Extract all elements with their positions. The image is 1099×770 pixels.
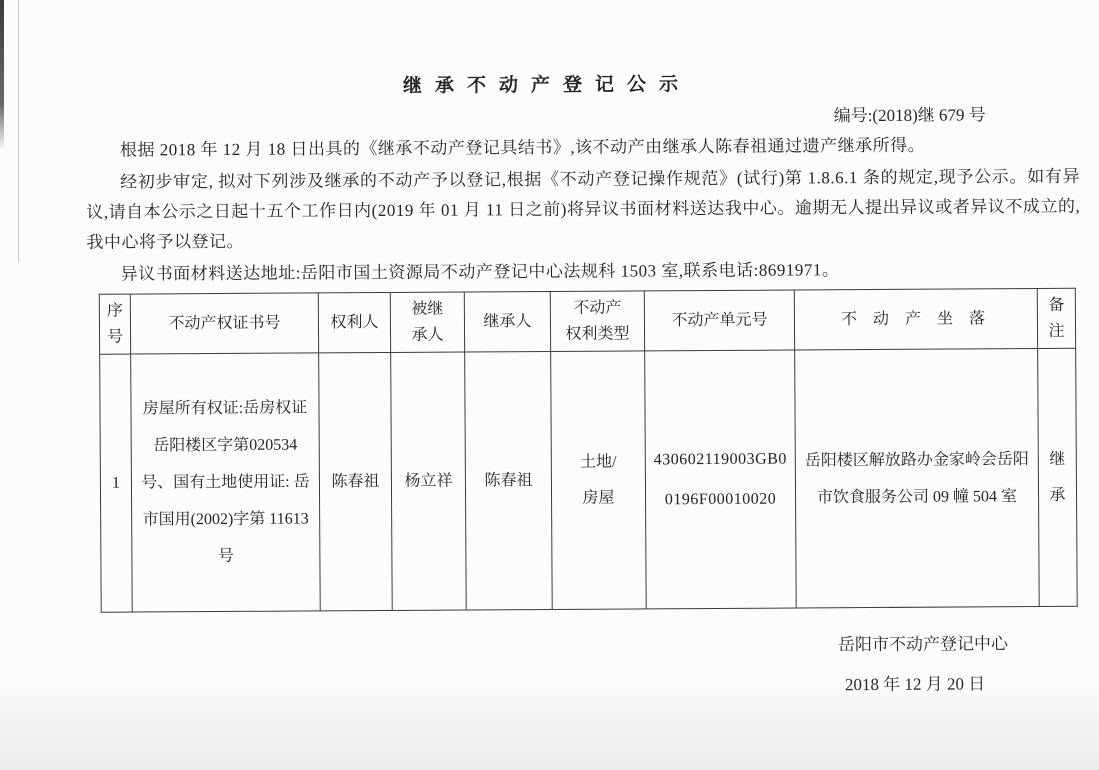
signature-org: 岳阳市不动产登记中心: [89, 632, 1083, 662]
cell-right-type: 土地/ 房屋: [551, 351, 647, 610]
cell-right-holder: 陈春祖: [319, 352, 393, 610]
col-header-unit-no: 不动产单元号: [644, 290, 794, 351]
col-header-right-holder: 权利人: [318, 292, 390, 352]
cell-location: 岳阳楼区解放路办金家岭会岳阳市饮食服务公司 09 幢 504 室: [795, 349, 1040, 608]
scanned-notice-page: 继承不动产登记公示 编号:(2018)继 679 号 根据 2018 年 12 …: [0, 0, 1099, 770]
cell-decedent: 杨立祥: [391, 352, 467, 610]
cell-certificate-no: 房屋所有权证:岳房权证岳阳楼区字第020534 号、国有土地使用证: 岳市国用(…: [131, 353, 321, 612]
col-header-location: 不 动 产 坐 落: [794, 289, 1037, 350]
doc-number: 编号:(2018)继 679 号: [86, 102, 1080, 134]
paragraph-contact: 异议书面材料送达地址:岳阳市国土资源局不动产登记中心法规科 1503 室,联系电…: [87, 254, 1081, 290]
paragraph-basis: 根据 2018 年 12 月 18 日出具的《继承不动产登记具结书》,该不动产由…: [86, 130, 1080, 166]
cell-heir: 陈春祖: [465, 351, 553, 610]
table-row: 1 房屋所有权证:岳房权证岳阳楼区字第020534 号、国有土地使用证: 岳市国…: [100, 348, 1078, 612]
page-title: 继承不动产登记公示: [85, 71, 995, 101]
table-header-row: 序 号 不动产权证书号 权利人 被继 承人 继承人 不动产 权利类型 不动产单元…: [99, 288, 1075, 354]
document-content: 继承不动产登记公示 编号:(2018)继 679 号 根据 2018 年 12 …: [0, 0, 1099, 770]
cell-unit-no: 430602119003GB00196F00010020: [645, 350, 797, 609]
cell-seq: 1: [100, 354, 133, 612]
col-header-right-type: 不动产 权利类型: [550, 291, 644, 352]
col-header-heir: 继承人: [464, 292, 550, 353]
registration-table: 序 号 不动产权证书号 权利人 被继 承人 继承人 不动产 权利类型 不动产单元…: [99, 288, 1078, 613]
cell-remark: 继 承: [1038, 348, 1078, 606]
paragraph-notice-body: 经初步审定, 拟对下列涉及继承的不动产予以登记,根据《不动产登记操作规范》(试行…: [86, 162, 1081, 258]
col-header-seq: 序 号: [99, 294, 130, 354]
col-header-remark: 备 注: [1037, 288, 1075, 348]
col-header-decedent: 被继 承人: [390, 292, 464, 352]
col-header-certificate-no: 不动产权证书号: [130, 293, 318, 354]
scan-shadow-artifact: [0, 680, 1099, 770]
